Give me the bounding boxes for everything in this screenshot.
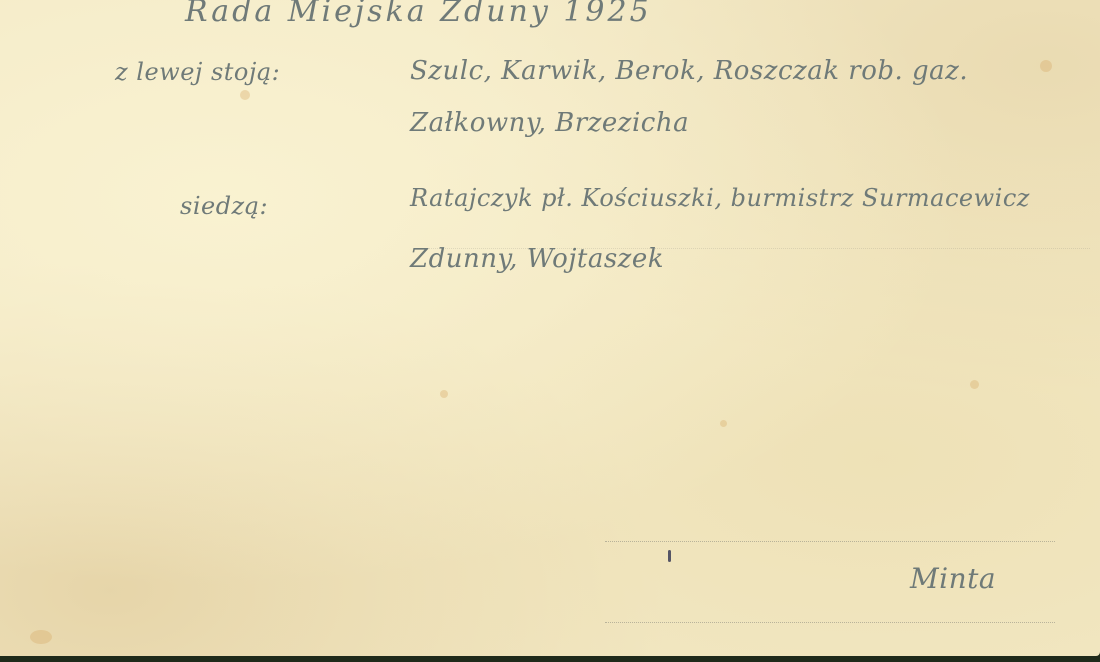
standing-names-line1: Szulc, Karwik, Berok, Roszczak rob. gaz. — [410, 56, 968, 86]
seated-names-line1: Ratajczyk pł. Kościuszki, burmistrz Surm… — [410, 184, 1030, 212]
photo-reverse-card: Rada Miejska Zduny 1925 z lewej stoją: S… — [0, 0, 1100, 656]
document-title: Rada Miejska Zduny 1925 — [185, 0, 652, 29]
standing-names-line2: Załkowny, Brzezicha — [410, 108, 689, 138]
dotted-line — [605, 622, 1055, 623]
standing-label: z lewej stoją: — [115, 58, 280, 86]
stain — [1040, 60, 1052, 72]
signature: Minta — [910, 562, 996, 595]
pencil-mark — [668, 550, 671, 562]
stain — [970, 380, 979, 389]
dotted-line — [605, 541, 1055, 542]
seated-names-line2: Zdunny, Wojtaszek — [410, 244, 664, 274]
stain — [240, 90, 250, 100]
seated-label: siedzą: — [180, 192, 268, 220]
stain — [440, 390, 448, 398]
stain — [720, 420, 727, 427]
stain — [30, 630, 52, 644]
